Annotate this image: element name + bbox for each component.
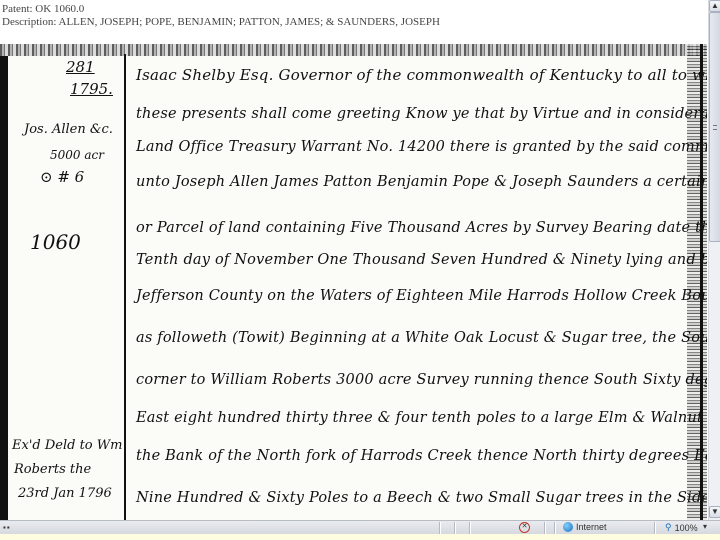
status-separator xyxy=(545,522,546,534)
bottom-strip xyxy=(0,534,720,540)
scan-left-border xyxy=(0,56,8,520)
document-line: East eight hundred thirty three & four t… xyxy=(136,410,707,426)
zone-label: Internet xyxy=(576,522,607,532)
margin-delivery-2: Roberts the xyxy=(14,462,91,477)
margin-grantee: Jos. Allen &c. xyxy=(24,122,113,137)
margin-delivery-1: Ex'd Deld to Wm xyxy=(12,438,122,453)
zoom-dropdown-icon[interactable]: ▾ xyxy=(703,522,707,531)
status-separator xyxy=(440,522,441,534)
zoom-control[interactable]: ⚲ 100% xyxy=(665,522,698,533)
document-line: as followeth (Towit) Beginning at a Whit… xyxy=(136,330,707,346)
scroll-up-arrow-icon[interactable]: ▲ xyxy=(709,0,720,12)
document-line: unto Joseph Allen James Patton Benjamin … xyxy=(136,174,707,190)
document-line: these presents shall come greeting Know … xyxy=(136,106,707,122)
scrollbar-thumb[interactable] xyxy=(709,12,720,242)
zoom-level: 100% xyxy=(675,523,698,533)
document-line: Tenth day of November One Thousand Seven… xyxy=(136,252,707,268)
globe-icon xyxy=(563,522,573,532)
popup-blocked-icon[interactable]: ✕ xyxy=(519,522,530,533)
document-line: the Bank of the North fork of Harrods Cr… xyxy=(136,448,707,464)
status-separator xyxy=(455,522,456,534)
patent-line: Patent: OK 1060.0 xyxy=(2,3,440,16)
margin-year: 1795. xyxy=(70,80,113,98)
document-line: corner to William Roberts 3000 acre Surv… xyxy=(136,372,707,388)
document-line: Land Office Treasury Warrant No. 14200 t… xyxy=(136,139,707,155)
status-separator xyxy=(655,522,656,534)
browser-viewport: Patent: OK 1060.0 Description: ALLEN, JO… xyxy=(0,0,708,520)
scanned-document-image: 281 1795. Jos. Allen &c. 5000 acr ⊙ # 6 … xyxy=(0,44,707,520)
margin-mark: ⊙ # 6 xyxy=(40,168,84,186)
magnifier-icon: ⚲ xyxy=(665,522,672,533)
record-header: Patent: OK 1060.0 Description: ALLEN, JO… xyxy=(2,3,440,29)
margin-number: 281 xyxy=(66,58,95,76)
margin-file-number: 1060 xyxy=(30,230,81,254)
document-line: Isaac Shelby Esq. Governor of the common… xyxy=(136,66,707,84)
margin-rule xyxy=(124,54,126,520)
vertical-scrollbar[interactable]: ▲ ▼ xyxy=(708,0,720,520)
scroll-down-arrow-icon[interactable]: ▼ xyxy=(709,506,720,518)
status-separator xyxy=(555,522,556,534)
status-grip-icon: ▪▪ xyxy=(3,525,11,531)
scan-top-border xyxy=(0,44,707,56)
margin-delivery-3: 23rd Jan 1796 xyxy=(18,486,112,501)
document-line: Nine Hundred & Sixty Poles to a Beech & … xyxy=(136,490,707,506)
status-separator xyxy=(470,522,471,534)
document-line: Jefferson County on the Waters of Eighte… xyxy=(136,288,707,304)
margin-acres: 5000 acr xyxy=(50,148,104,162)
security-zone[interactable]: Internet xyxy=(563,522,607,532)
status-bar: ▪▪ ✕ Internet ⚲ 100% ▾ xyxy=(0,520,720,534)
document-line: or Parcel of land containing Five Thousa… xyxy=(136,220,707,236)
description-line: Description: ALLEN, JOSEPH; POPE, BENJAM… xyxy=(2,16,440,29)
